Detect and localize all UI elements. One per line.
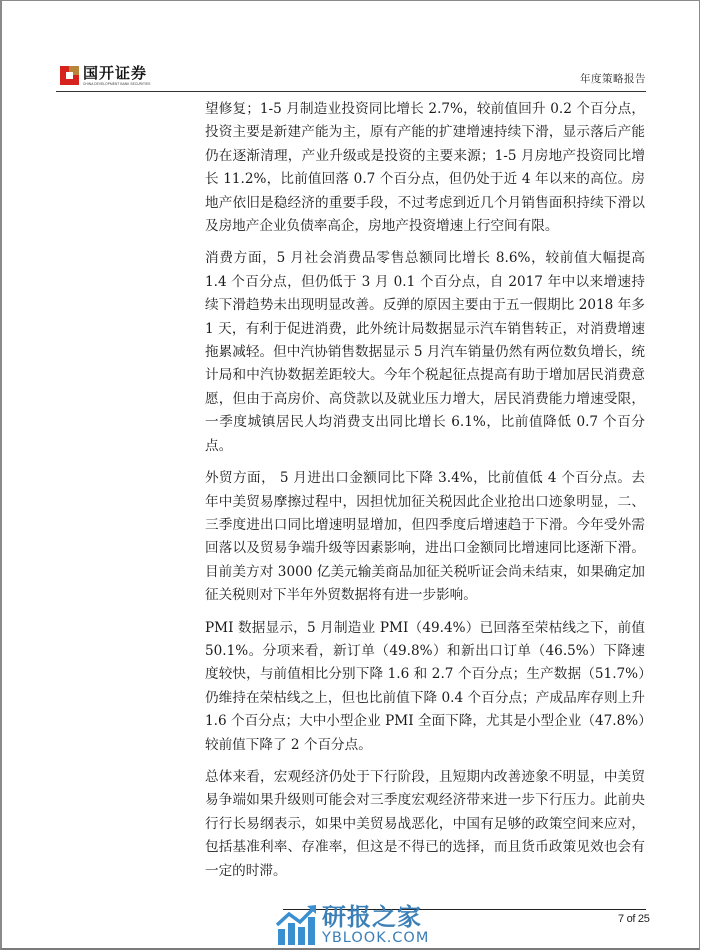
watermark-name-en: YBLOOK.COM — [322, 930, 429, 946]
paragraph-investment: 望修复；1-5 月制造业投资同比增长 2.7%，较前值回升 0.2 个百分点，投… — [205, 98, 645, 238]
logo-mark-icon — [60, 66, 79, 85]
watermark-logo: 研报之家 YBLOOK.COM — [276, 903, 429, 947]
rising-chart-icon — [276, 905, 318, 945]
paragraph-foreign-trade: 外贸方面， 5 月进出口金额同比下降 3.4%，比前值低 4 个百分点。去年中美… — [205, 467, 645, 607]
page-header: 国开证券 CHINA DEVELOPMENT BANK SECURITIES 年… — [56, 62, 646, 92]
paragraph-summary: 总体来看，宏观经济仍处于下行阶段，且短期内改善迹象不明显，中美贸易争端如果升级则… — [205, 766, 645, 883]
report-type-title: 年度策略报告 — [580, 71, 646, 86]
paragraph-pmi: PMI 数据显示，5 月制造业 PMI（49.4%）已回落至荣枯线之下，前值 5… — [205, 617, 645, 757]
page-number: 7 of 25 — [618, 913, 650, 925]
logo-name-en: CHINA DEVELOPMENT BANK SECURITIES — [83, 82, 151, 86]
watermark-name-cn: 研报之家 — [322, 904, 429, 930]
report-body: 望修复；1-5 月制造业投资同比增长 2.7%，较前值回升 0.2 个百分点，投… — [205, 98, 645, 892]
paragraph-consumption: 消费方面，5 月社会消费品零售总额同比增长 8.6%，较前值大幅提高 1.4 个… — [205, 247, 645, 458]
company-logo: 国开证券 CHINA DEVELOPMENT BANK SECURITIES — [60, 65, 151, 89]
logo-name-cn: 国开证券 — [83, 65, 151, 82]
